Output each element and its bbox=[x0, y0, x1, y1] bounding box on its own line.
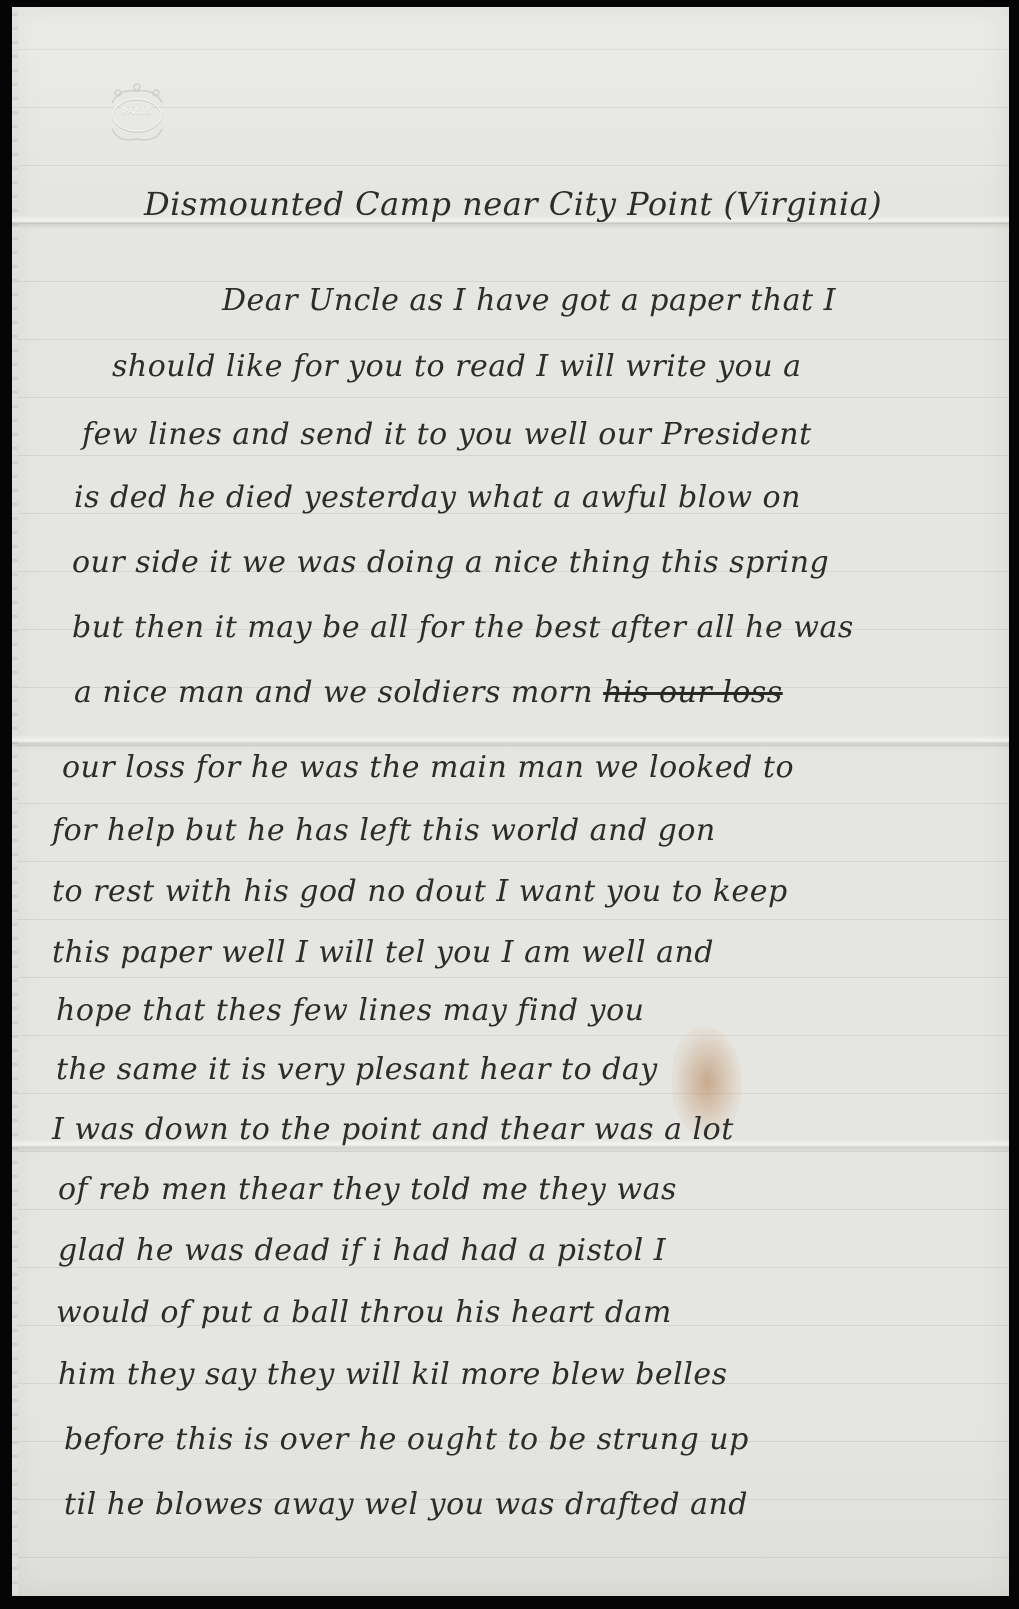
letter-line: to rest with his god no dout I want you … bbox=[52, 874, 788, 909]
paris-emboss-stamp: PARIS bbox=[98, 81, 176, 149]
emboss-text: PARIS bbox=[98, 107, 176, 116]
letter-line: the same it is very plesant hear to day bbox=[56, 1052, 658, 1087]
letter-line: I was down to the point and thear was a … bbox=[52, 1112, 734, 1147]
scan-background: PARIS Dismounted Camp near City Point (V… bbox=[0, 0, 1019, 1609]
letter-line: before this is over he ought to be strun… bbox=[64, 1422, 749, 1457]
letter-page: PARIS Dismounted Camp near City Point (V… bbox=[12, 7, 1009, 1596]
letter-line: few lines and send it to you well our Pr… bbox=[82, 417, 812, 452]
letter-line: but then it may be all for the best afte… bbox=[72, 610, 854, 645]
letter-line: him they say they will kil more blew bel… bbox=[58, 1357, 728, 1392]
letter-heading: Dismounted Camp near City Point (Virgini… bbox=[144, 185, 882, 223]
letter-line: glad he was dead if i had had a pistol I bbox=[58, 1233, 666, 1268]
letter-line: a nice man and we soldiers morn his our … bbox=[74, 675, 783, 710]
letter-line: would of put a ball throu his heart dam bbox=[56, 1295, 672, 1330]
letter-line: for help but he has left this world and … bbox=[52, 813, 716, 848]
letter-line: is ded he died yesterday what a awful bl… bbox=[74, 480, 801, 515]
letter-line: this paper well I will tel you I am well… bbox=[52, 935, 714, 970]
struck-out-text: his our loss bbox=[603, 675, 783, 710]
letter-line: Dear Uncle as I have got a paper that I bbox=[222, 283, 836, 318]
letter-line: hope that thes few lines may find you bbox=[56, 993, 644, 1028]
paper-crease bbox=[12, 735, 1009, 749]
letter-line: should like for you to read I will write… bbox=[112, 349, 801, 384]
letter-line: of reb men thear they told me they was bbox=[58, 1172, 677, 1207]
letter-line: til he blowes away wel you was drafted a… bbox=[64, 1487, 748, 1522]
letter-line-text: a nice man and we soldiers morn bbox=[74, 675, 593, 710]
letter-line: our loss for he was the main man we look… bbox=[62, 750, 794, 785]
letter-line: our side it we was doing a nice thing th… bbox=[72, 545, 829, 580]
